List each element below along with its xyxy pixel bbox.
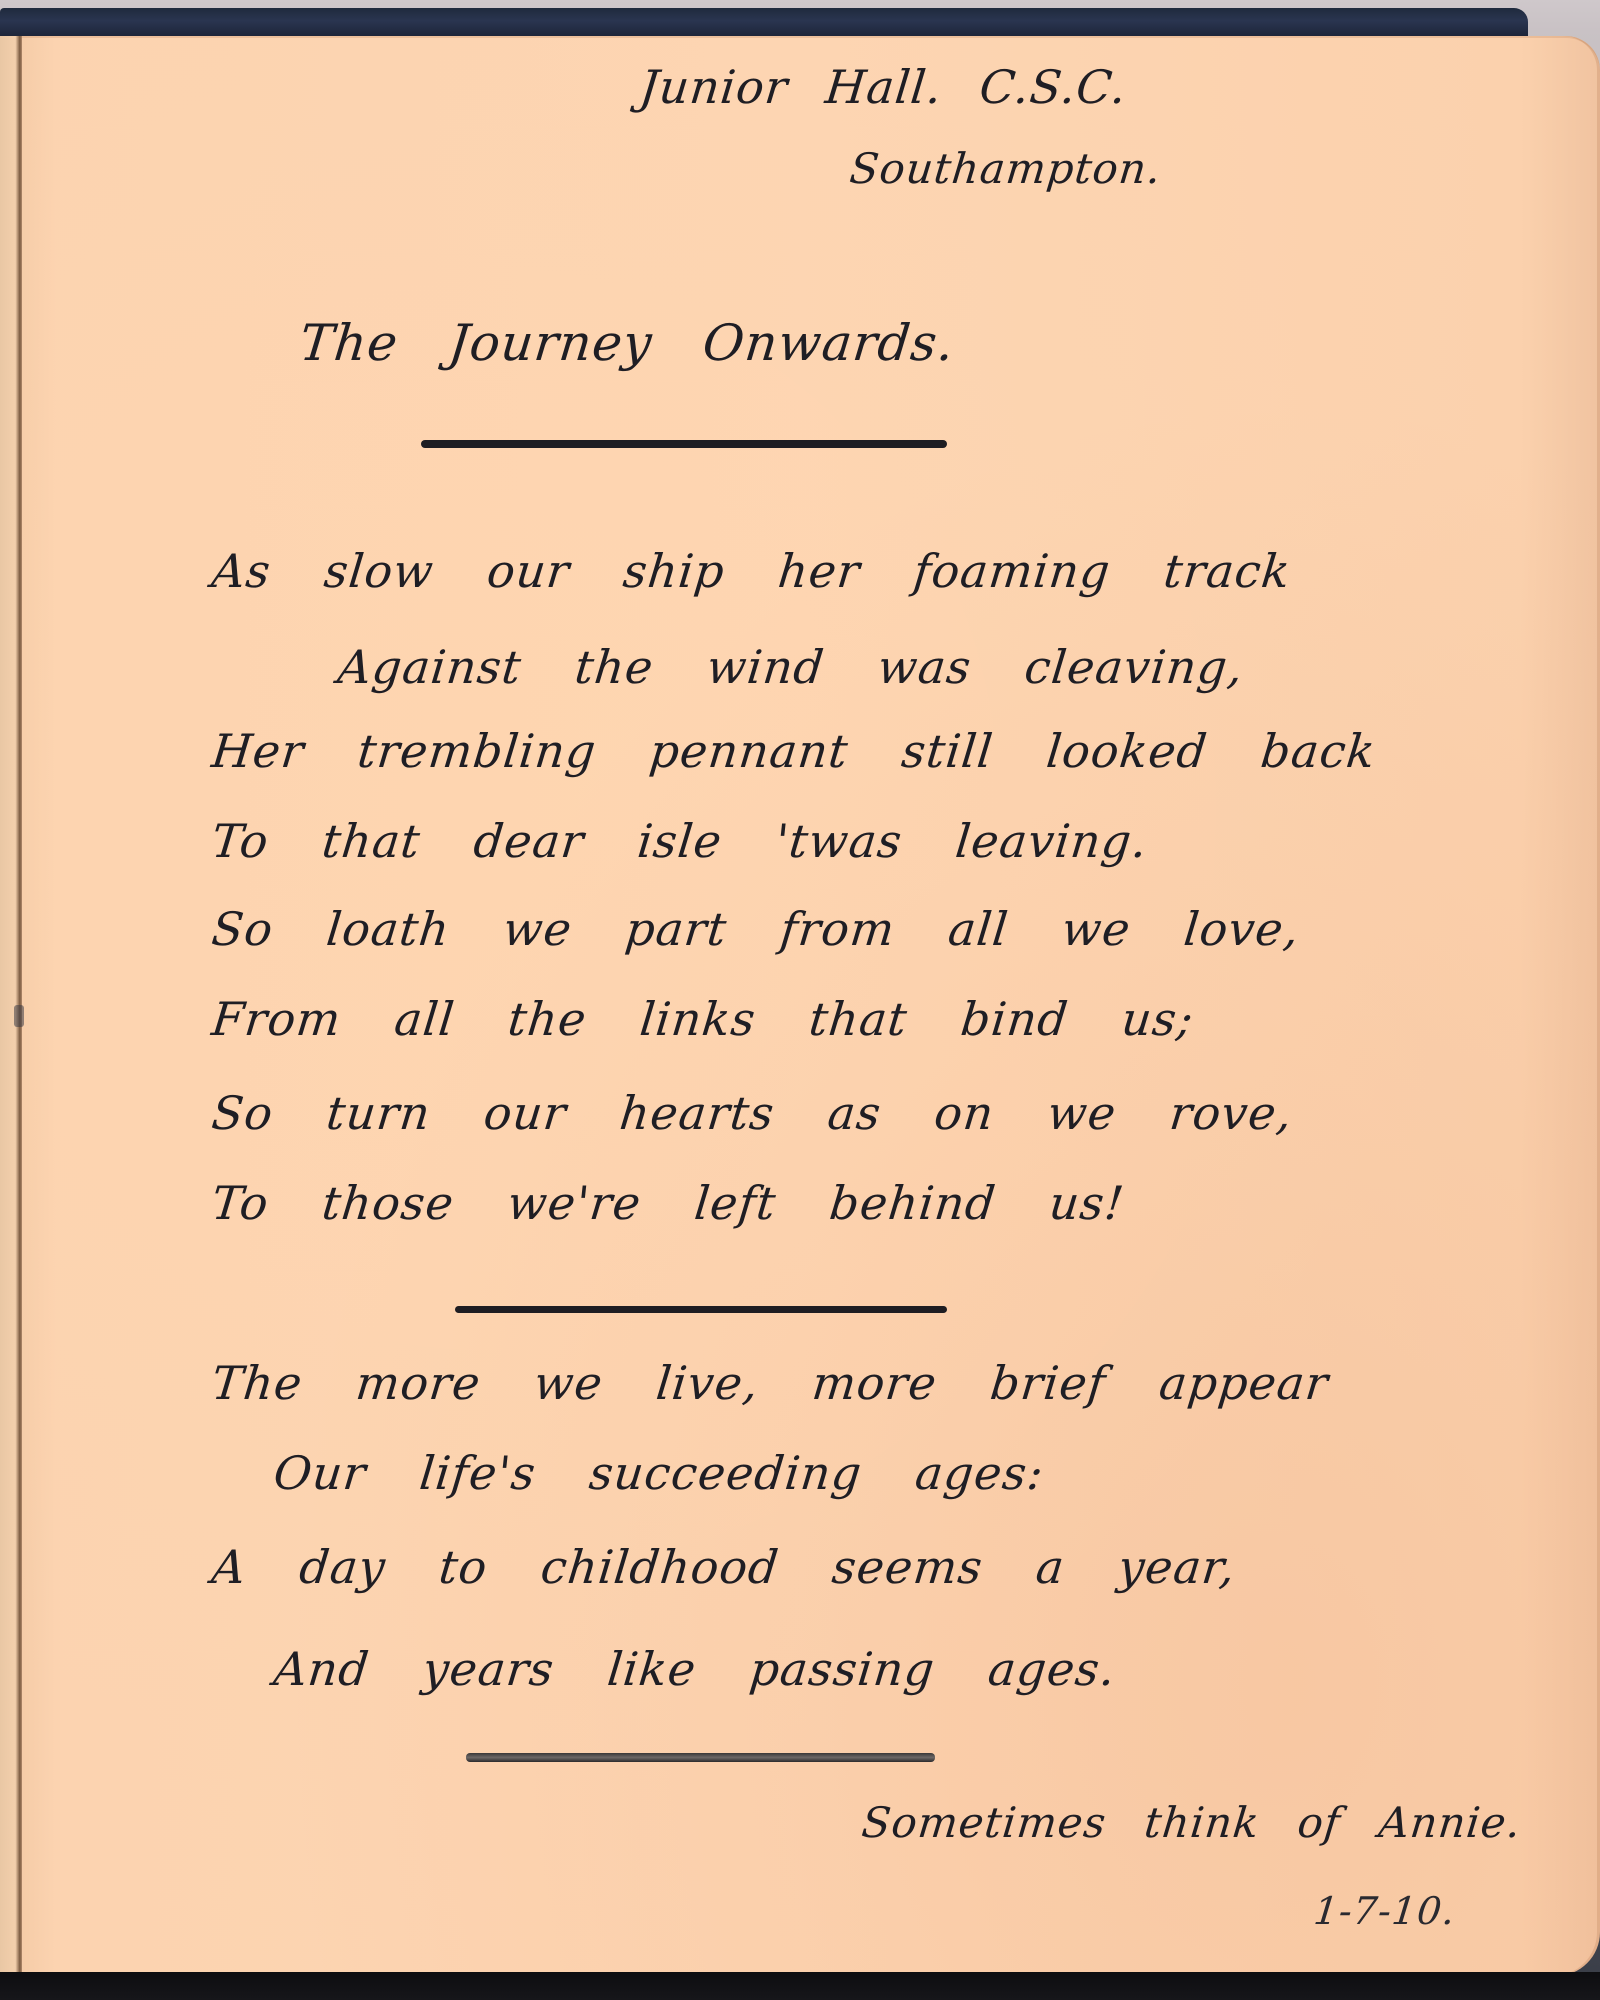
poem-title: The Journey Onwards.	[297, 318, 957, 368]
verse-line: To that dear isle 'twas leaving.	[210, 818, 1150, 864]
header-institution: Junior Hall. C.S.C.	[638, 64, 1130, 110]
verse-line: Our life's succeeding ages:	[272, 1450, 1047, 1496]
verse-line: So turn our hearts as on we rove,	[210, 1090, 1295, 1136]
verse-line: Against the wind was cleaving,	[336, 644, 1246, 690]
book-cover-bottom-edge	[0, 1972, 1600, 2000]
verse-line: As slow our ship her foaming track	[210, 548, 1293, 594]
verse-line: And years like passing ages.	[272, 1646, 1119, 1692]
stanza-divider	[455, 1306, 947, 1313]
verse-line: So loath we part from all we love,	[210, 906, 1302, 952]
title-underline	[421, 440, 947, 448]
verse-line: From all the links that bind us;	[210, 996, 1196, 1042]
binding-mark	[14, 1005, 24, 1027]
verse-line: To those we're left behind us!	[210, 1180, 1127, 1226]
header-place: Southampton.	[848, 148, 1164, 190]
signature-line: Sometimes think of Annie.	[860, 1802, 1524, 1844]
verse-line: Her trembling pennant still looked back	[210, 728, 1378, 774]
closing-divider	[466, 1753, 935, 1762]
verse-line: A day to childhood seems a year,	[210, 1544, 1238, 1590]
signature-date: 1-7-10.	[1312, 1892, 1457, 1930]
verse-line: The more we live, more brief appear	[210, 1360, 1331, 1406]
